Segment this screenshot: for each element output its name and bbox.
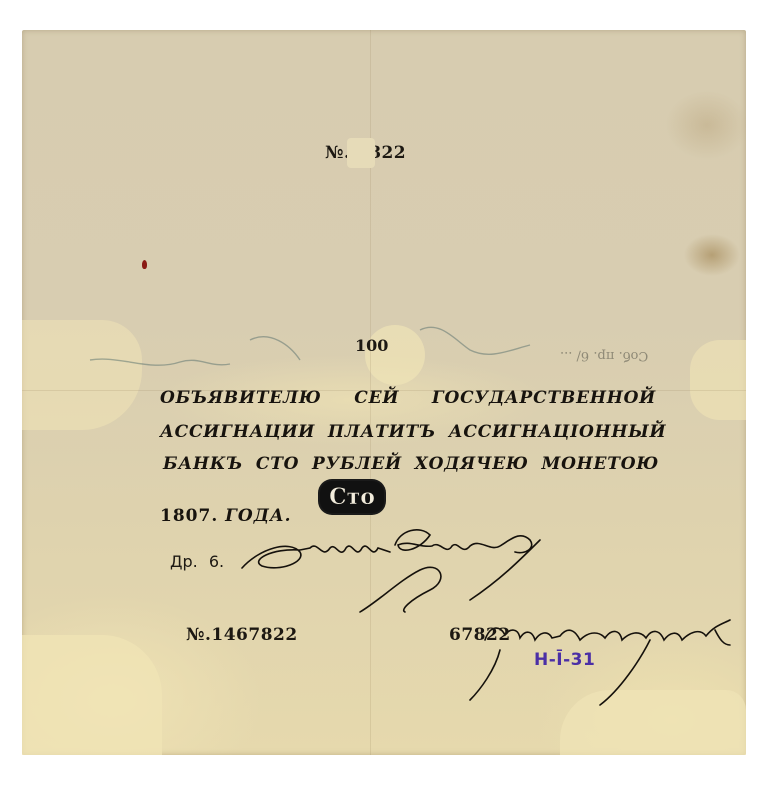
signatures <box>0 0 769 800</box>
serial-number-bottom-left: №.1467822 <box>186 625 298 645</box>
inventory-stamp: H-Ī-31 <box>534 650 595 670</box>
signature-1 <box>242 546 390 568</box>
signature-2 <box>485 620 730 640</box>
serial-number-bottom-right: 67822 <box>449 625 511 645</box>
